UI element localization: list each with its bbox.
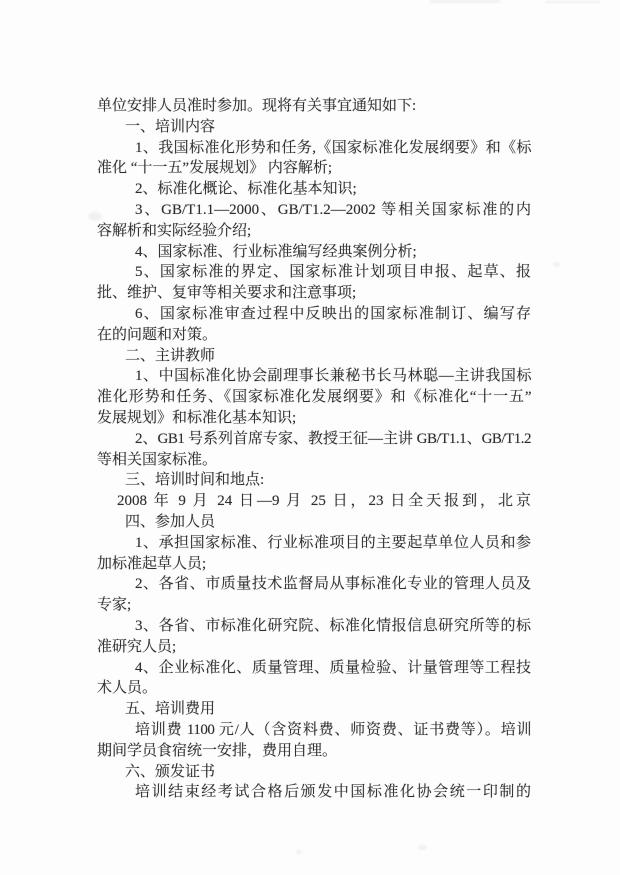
text-line: 一、培训内容 bbox=[97, 117, 531, 138]
text-line: 单位安排人员准时参加。现将有关事宜通知如下: bbox=[97, 96, 531, 117]
text-line: 培训结束经考试合格后颁发中国标准化协会统一印制的 bbox=[97, 782, 531, 803]
text-line: 2008 年 9 月 24 日—9 月 25 日，23 日全天报到，北京 bbox=[97, 491, 531, 512]
text-line: 4、国家标准、行业标准编写经典案例分析; bbox=[97, 242, 531, 263]
text-line: 四、参加人员 bbox=[97, 512, 531, 533]
text-line: 准研究人员; bbox=[97, 637, 531, 658]
text-line: 在的问题和对策。 bbox=[97, 325, 531, 346]
text-line: 发展规划》和标准化基本知识; bbox=[97, 408, 531, 429]
scan-artifact bbox=[296, 850, 302, 854]
document-page: 单位安排人员准时参加。现将有关事宜通知如下:一、培训内容1、我国标准化形势和任务… bbox=[0, 0, 620, 875]
text-line: 5、国家标准的界定、国家标准计划项目申报、起草、报 bbox=[97, 262, 531, 283]
text-line: 3、GB/T1.1—2000、GB/T1.2—2002 等相关国家标准的内 bbox=[97, 200, 531, 221]
text-line: 6、国家标准审查过程中反映出的国家标准制订、编写存 bbox=[97, 304, 531, 325]
text-line: 2、各省、市质量技术监督局从事标准化专业的管理人员及 bbox=[97, 574, 531, 595]
text-line: 1、承担国家标准、行业标准项目的主要起草单位人员和参 bbox=[97, 533, 531, 554]
text-line: 准化形势和任务、《国家标准化发展纲要》和《标准化“十一五” bbox=[97, 387, 531, 408]
scan-artifact bbox=[418, 845, 427, 850]
scan-artifact bbox=[88, 212, 102, 221]
text-line: 准化 “十一五”发展规划》 内容解析; bbox=[97, 158, 531, 179]
scan-artifact bbox=[545, 1, 600, 3]
text-line: 专家; bbox=[97, 595, 531, 616]
text-line: 六、颁发证书 bbox=[97, 762, 531, 783]
text-line: 等相关国家标准。 bbox=[97, 450, 531, 471]
text-line: 3、各省、市标准化研究院、标准化情报信息研究所等的标 bbox=[97, 616, 531, 637]
text-line: 批、维护、复审等相关要求和注意事项; bbox=[97, 283, 531, 304]
text-line: 期间学员食宿统一安排，费用自理。 bbox=[97, 741, 531, 762]
text-line: 2、GB1 号系列首席专家、教授王征—主讲 GB/T1.1、GB/T1.2 bbox=[97, 429, 531, 450]
text-line: 1、中国标准化协会副理事长兼秘书长马林聪—主讲我国标 bbox=[97, 366, 531, 387]
scan-artifact bbox=[430, 0, 500, 3]
text-line: 4、企业标准化、质量管理、质量检验、计量管理等工程技 bbox=[97, 658, 531, 679]
text-line: 三、培训时间和地点: bbox=[97, 470, 531, 491]
text-line: 培训费 1100 元/人（含资料费、师资费、证书费等）。培训 bbox=[97, 720, 531, 741]
text-line: 二、主讲教师 bbox=[97, 346, 531, 367]
text-line: 1、我国标准化形势和任务,《国家标准化发展纲要》和《标 bbox=[97, 138, 531, 159]
document-body: 单位安排人员准时参加。现将有关事宜通知如下:一、培训内容1、我国标准化形势和任务… bbox=[97, 96, 531, 803]
text-line: 术人员。 bbox=[97, 678, 531, 699]
text-line: 五、培训费用 bbox=[97, 699, 531, 720]
text-line: 加标准起草人员; bbox=[97, 554, 531, 575]
text-line: 2、标准化概论、标准化基本知识; bbox=[97, 179, 531, 200]
scan-artifact bbox=[553, 262, 560, 267]
text-line: 容解析和实际经验介绍; bbox=[97, 221, 531, 242]
